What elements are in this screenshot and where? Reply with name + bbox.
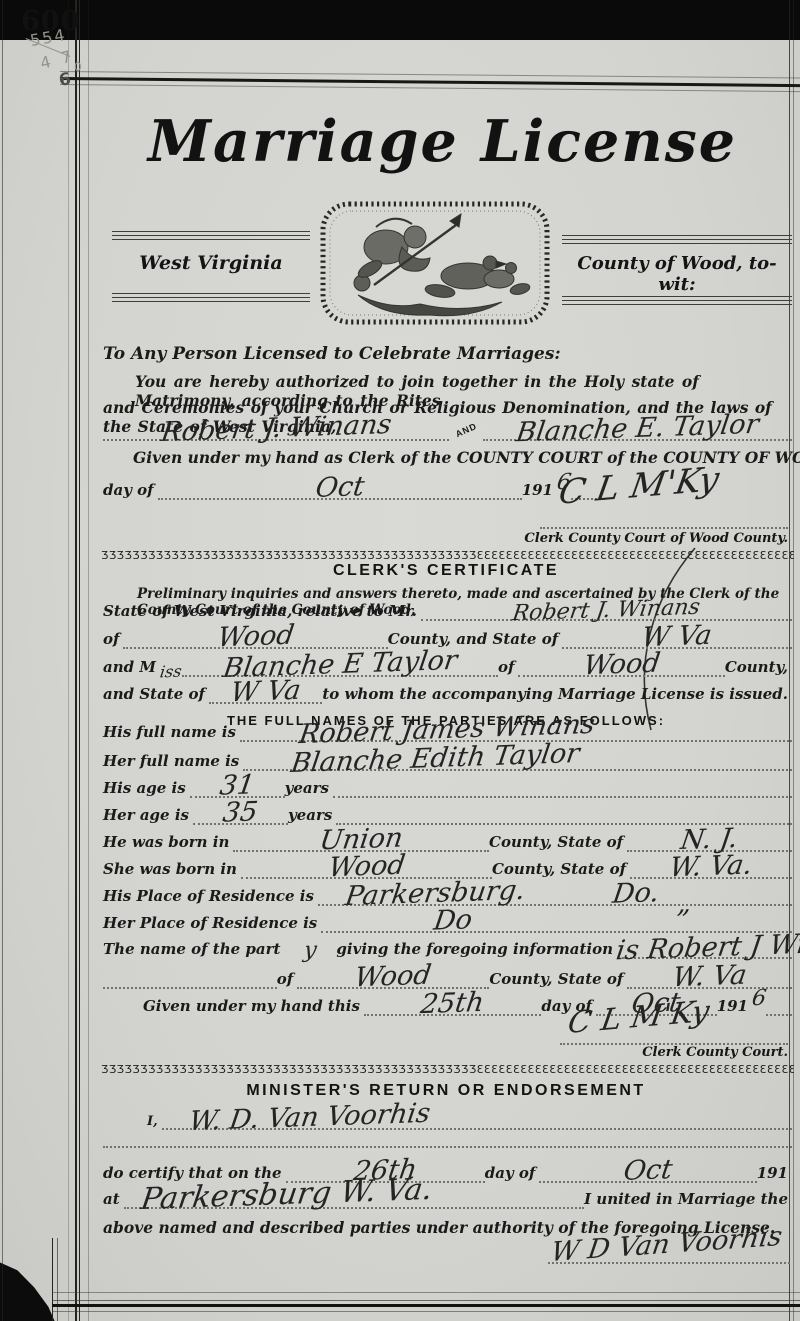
- field-line: Robert J. Winans: [421, 597, 792, 621]
- date-row: day of Oct 191 6: [103, 470, 605, 500]
- clerk-title: Clerk County Court.: [642, 1045, 788, 1060]
- field-label: His full name is: [103, 723, 240, 742]
- handwritten-value: 25th: [419, 989, 486, 1018]
- binding-line-faint-2: [88, 0, 89, 1321]
- form-row-1: State of West Virginia, relative to Mr. …: [103, 591, 792, 621]
- form-row-7: His age is 31 years: [103, 768, 792, 798]
- day-of-label: day of: [103, 481, 158, 500]
- bottom-left-line-2: [57, 1238, 58, 1321]
- handwritten-value: W Va: [229, 677, 303, 706]
- blank-row: [103, 1123, 792, 1148]
- chain-border-band: ӠӠӠӠӠӠӠӠӠӠӠӠӠӠӠӠӠӠӠӠӠӠӠӠӠӠӠӠӠӠӠӠӠӠӠӠӠӠӠӠ…: [101, 1063, 794, 1077]
- field-line: Parkersburg. Do.: [318, 877, 792, 906]
- state-label: West Virginia: [112, 252, 310, 274]
- field-line: Parkersburg W. Va.: [124, 1177, 584, 1209]
- field-label: The name of the part: [103, 940, 284, 959]
- pencil-note: 6: [58, 69, 73, 90]
- right-rule-top: [562, 235, 792, 246]
- binding-line-2: [79, 0, 80, 1321]
- document-title: Marriage License: [148, 108, 737, 175]
- clerk-signature-block: C L M'Ky Clerk County Court of Wood Coun…: [540, 466, 788, 546]
- bottom-left-line: [52, 1238, 53, 1321]
- cherub-doves-vignette: [318, 199, 552, 327]
- bottom-rule-thin-3: [52, 1311, 800, 1312]
- field-line: Blanche Edith Taylor: [243, 742, 792, 771]
- field-line: y: [284, 937, 336, 959]
- salutation: To Any Person Licensed to Celebrate Marr…: [103, 344, 561, 364]
- field-line: Wood: [518, 648, 724, 677]
- field-label: to whom the accompanying Marriage Licens…: [322, 685, 792, 704]
- field-line: Robert James Winans: [240, 713, 792, 742]
- pencil-note: 4 7: [38, 46, 76, 73]
- document-title-wrap: Marriage License: [95, 108, 790, 175]
- month-line: Oct: [158, 471, 522, 500]
- field-line: 31: [190, 769, 285, 798]
- right-rule-bottom: [562, 296, 792, 307]
- field-line: W. Va: [627, 960, 792, 989]
- field-line: 35: [193, 796, 288, 825]
- form-row-14: of Wood County, State of W. Va: [103, 959, 792, 989]
- field-line: is Robert J Winans: [617, 930, 792, 959]
- field-line: 25th: [364, 987, 541, 1016]
- minister-signature-block: W D Van Voorhis: [548, 1228, 790, 1270]
- field-label: giving the foregoing information: [336, 940, 617, 959]
- scan-top-edge: [0, 0, 800, 40]
- marriage-license-scan: { "corner": { "page_number": "600", "pen…: [0, 0, 800, 1321]
- field-line: Wood: [123, 620, 387, 649]
- clerk-signature-block-2: C L M'Ky Clerk County Court.: [560, 1000, 788, 1060]
- form-row-5: His full name is Robert James Winans: [103, 712, 792, 742]
- and-label: AND: [454, 421, 479, 439]
- form-row-13: The name of the part y giving the forego…: [103, 929, 792, 959]
- field-line: Union: [233, 823, 489, 852]
- field-line: W Va: [209, 675, 322, 704]
- names-row: Robert J. Winans AND Blanche E. Taylor: [103, 411, 792, 441]
- field-label: at: [103, 1190, 124, 1209]
- bride-name-line: Blanche E. Taylor: [483, 412, 792, 441]
- form-row-3: and M iss Blanche E Taylor of Wood Count…: [103, 647, 792, 677]
- field-line: Blanche E Taylor: [182, 648, 498, 677]
- field-line: N. J.: [627, 823, 792, 852]
- bottom-rule-thin-2: [52, 1300, 800, 1301]
- groom-name-line: Robert J. Winans: [103, 412, 449, 441]
- left-rule-top: [112, 231, 310, 242]
- form-row-4: and State of W Va to whom the accompanyi…: [103, 674, 792, 704]
- field-line: W Va: [562, 620, 792, 649]
- bottom-rule-thin: [52, 1292, 800, 1293]
- binding-line-faint: [68, 0, 69, 1321]
- field-line: [103, 1146, 792, 1148]
- pencil-note: 0: [74, 60, 82, 74]
- chain-border-band: ӠӠӠӠӠӠӠӠӠӠӠӠӠӠӠӠӠӠӠӠӠӠӠӠӠӠӠӠӠӠӠӠӠӠӠӠӠӠӠӠ…: [101, 549, 794, 563]
- right-edge-line-2: [793, 0, 794, 1321]
- minister-signature: W D Van Voorhis: [548, 1223, 784, 1274]
- form-row-10: She was born in Wood County, State of W.…: [103, 849, 792, 879]
- united-label: I united in Marriage the: [584, 1190, 792, 1209]
- form-row-11: His Place of Residence is Parkersburg. D…: [103, 876, 792, 906]
- place-value: Parkersburg W. Va.: [139, 1175, 434, 1215]
- clerk-certificate-heading: CLERK'S CERTIFICATE: [100, 562, 792, 580]
- field-line: W. Va.: [630, 850, 792, 879]
- bottom-rule-thick: [52, 1304, 800, 1307]
- place-row: at Parkersburg W. Va. I united in Marria…: [103, 1179, 792, 1209]
- page-edge-line: [2, 0, 3, 1321]
- field-label: and State of: [103, 685, 209, 704]
- field-line: Wood: [241, 850, 492, 879]
- month-value: Oct: [314, 473, 366, 502]
- field-label: Given under my hand this: [103, 997, 364, 1016]
- form-row-8: Her age is 35 years: [103, 795, 792, 825]
- form-row-9: He was born in Union County, State of N.…: [103, 822, 792, 852]
- county-label: County of Wood, to-wit:: [560, 253, 794, 295]
- vignette-art: [318, 199, 552, 327]
- field-line: Wood: [297, 960, 489, 989]
- form-row-6: Her full name is Blanche Edith Taylor: [103, 741, 792, 771]
- left-rule-bottom: [112, 293, 310, 304]
- binding-line: [75, 0, 77, 1321]
